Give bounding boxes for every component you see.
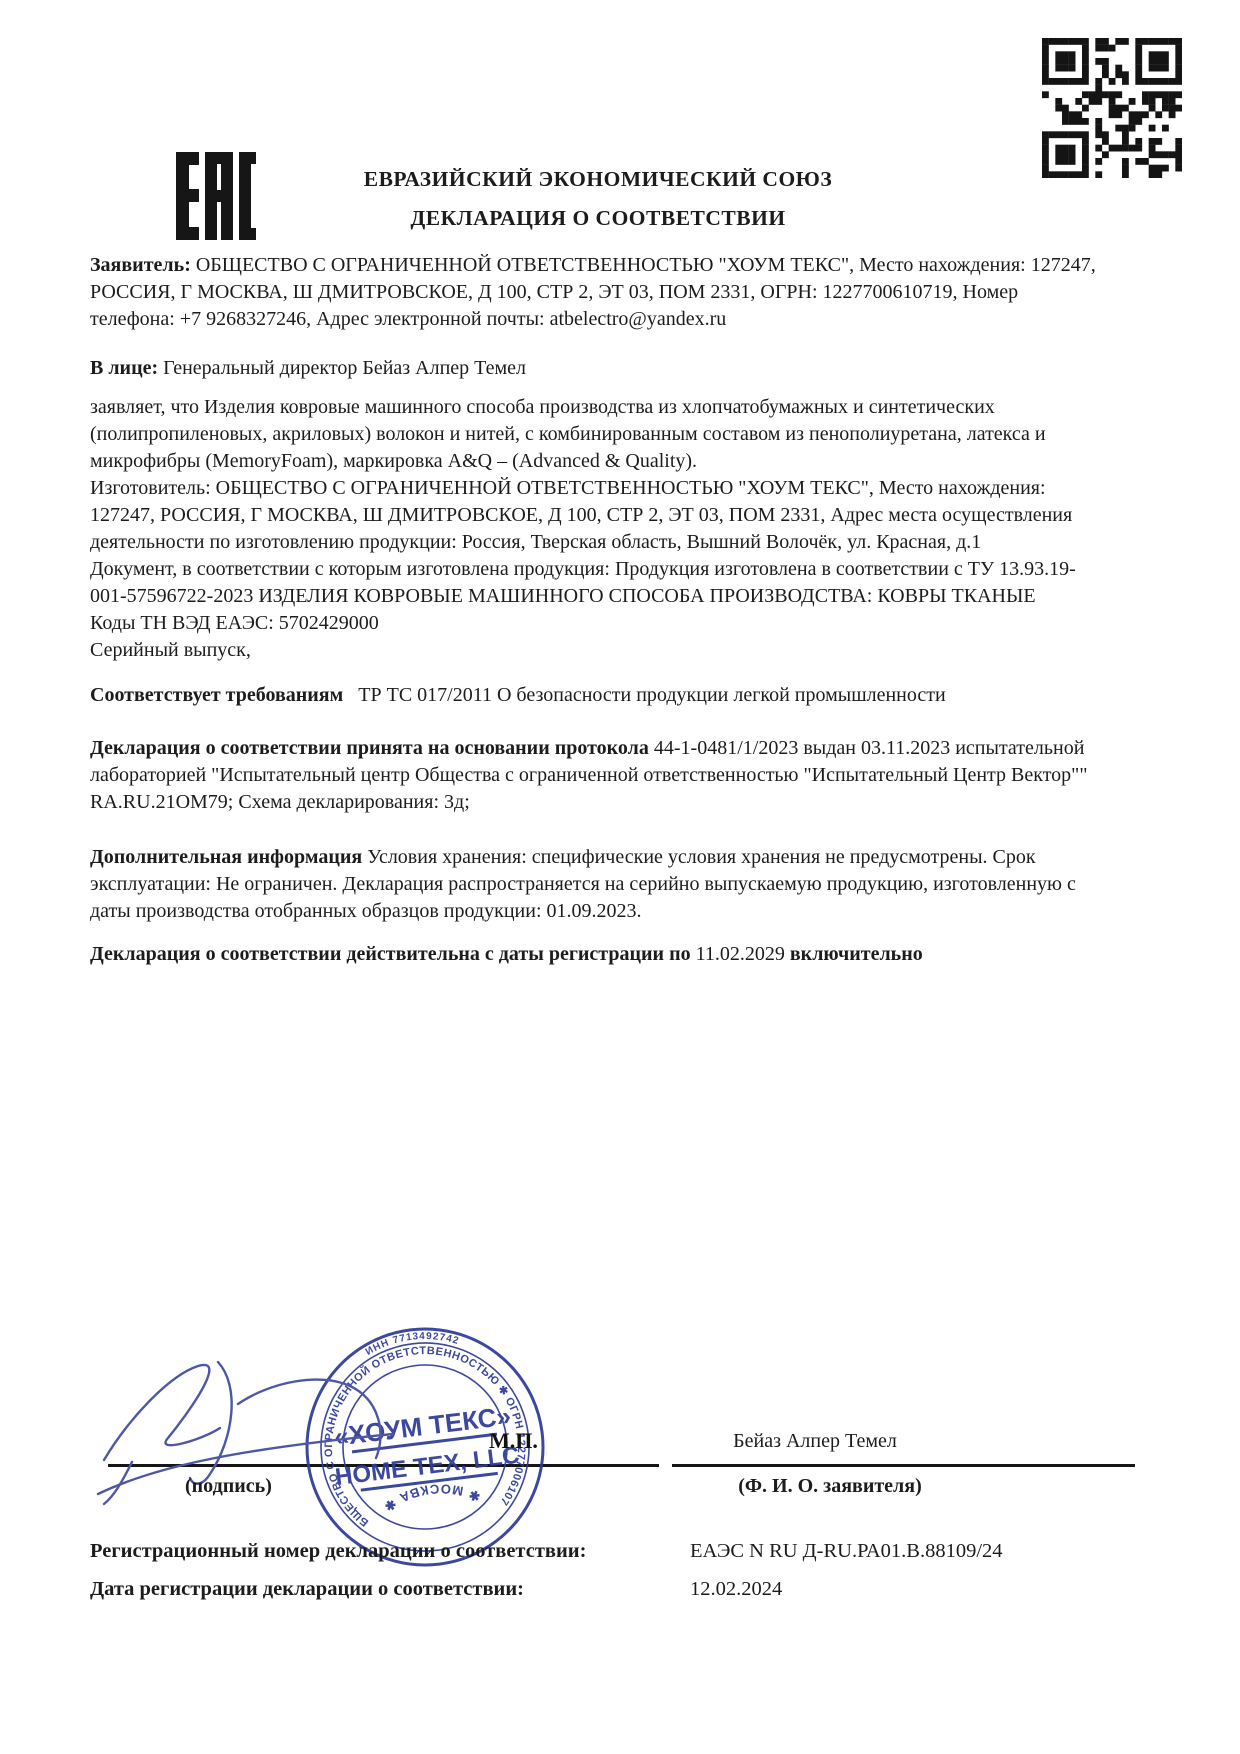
- validity-date: 11.02.2029: [696, 943, 785, 965]
- protocol-paragraph: Декларация о соответствии принята на осн…: [90, 735, 1106, 816]
- additional-info-label: Дополнительная информация: [90, 846, 362, 868]
- name-caption: (Ф. И. О. заявителя): [640, 1475, 1020, 1498]
- applicant-name: Бейаз Алпер Темел: [655, 1430, 975, 1453]
- representative-text: Генеральный директор Бейаз Алпер Темел: [163, 357, 526, 379]
- compliance-label: Соответствует требованиям: [90, 684, 343, 706]
- representative-paragraph: В лице: Генеральный директор Бейаз Алпер…: [90, 355, 1106, 382]
- statement-tnved: Коды ТН ВЭД ЕАЭС: 5702429000: [90, 610, 1106, 637]
- union-title: ЕВРАЗИЙСКИЙ ЭКОНОМИЧЕСКИЙ СОЮЗ: [90, 167, 1106, 192]
- declaration-document-page: ЕВРАЗИЙСКИЙ ЭКОНОМИЧЕСКИЙ СОЮЗ ДЕКЛАРАЦИ…: [0, 0, 1240, 1754]
- applicant-text: ОБЩЕСТВО С ОГРАНИЧЕННОЙ ОТВЕТСТВЕННОСТЬЮ…: [90, 254, 1096, 330]
- applicant-paragraph: Заявитель: ОБЩЕСТВО С ОГРАНИЧЕННОЙ ОТВЕТ…: [90, 252, 1106, 333]
- qr-code: [1042, 38, 1182, 178]
- compliance-paragraph: Соответствует требованиям ТР ТС 017/2011…: [90, 682, 1106, 709]
- signature-caption: (подпись): [185, 1475, 272, 1498]
- compliance-text: ТР ТС 017/2011 О безопасности продукции …: [358, 684, 945, 706]
- reg-number-label: Регистрационный номер декларации о соотв…: [90, 1540, 586, 1563]
- applicant-label: Заявитель:: [90, 254, 191, 276]
- name-line: [672, 1464, 1135, 1467]
- document-header: ЕВРАЗИЙСКИЙ ЭКОНОМИЧЕСКИЙ СОЮЗ ДЕКЛАРАЦИ…: [90, 167, 1106, 231]
- declaration-title: ДЕКЛАРАЦИЯ О СООТВЕТСТВИИ: [90, 206, 1106, 231]
- validity-paragraph: Декларация о соответствии действительна …: [90, 941, 1106, 968]
- statement-document: Документ, в соответствии с которым изгот…: [90, 556, 1106, 610]
- statement-declares: заявляет, что Изделия ковровые машинного…: [90, 394, 1106, 475]
- protocol-label: Декларация о соответствии принята на осн…: [90, 737, 649, 759]
- statement-block: заявляет, что Изделия ковровые машинного…: [90, 394, 1106, 664]
- validity-label: Декларация о соответствии действительна …: [90, 943, 691, 965]
- validity-suffix: включительно: [790, 943, 923, 965]
- reg-date-label: Дата регистрации декларации о соответств…: [90, 1578, 524, 1601]
- reg-number-value: ЕАЭС N RU Д-RU.РА01.В.88109/24: [690, 1540, 1003, 1563]
- representative-label: В лице:: [90, 357, 158, 379]
- additional-info-paragraph: Дополнительная информация Условия хранен…: [90, 844, 1106, 925]
- statement-manufacturer: Изготовитель: ОБЩЕСТВО С ОГРАНИЧЕННОЙ ОТ…: [90, 475, 1106, 556]
- reg-date-value: 12.02.2024: [690, 1578, 782, 1601]
- seal-mark: М.П.: [489, 1428, 538, 1454]
- statement-serial: Серийный выпуск,: [90, 637, 1106, 664]
- document-body: Заявитель: ОБЩЕСТВО С ОГРАНИЧЕННОЙ ОТВЕТ…: [90, 252, 1106, 968]
